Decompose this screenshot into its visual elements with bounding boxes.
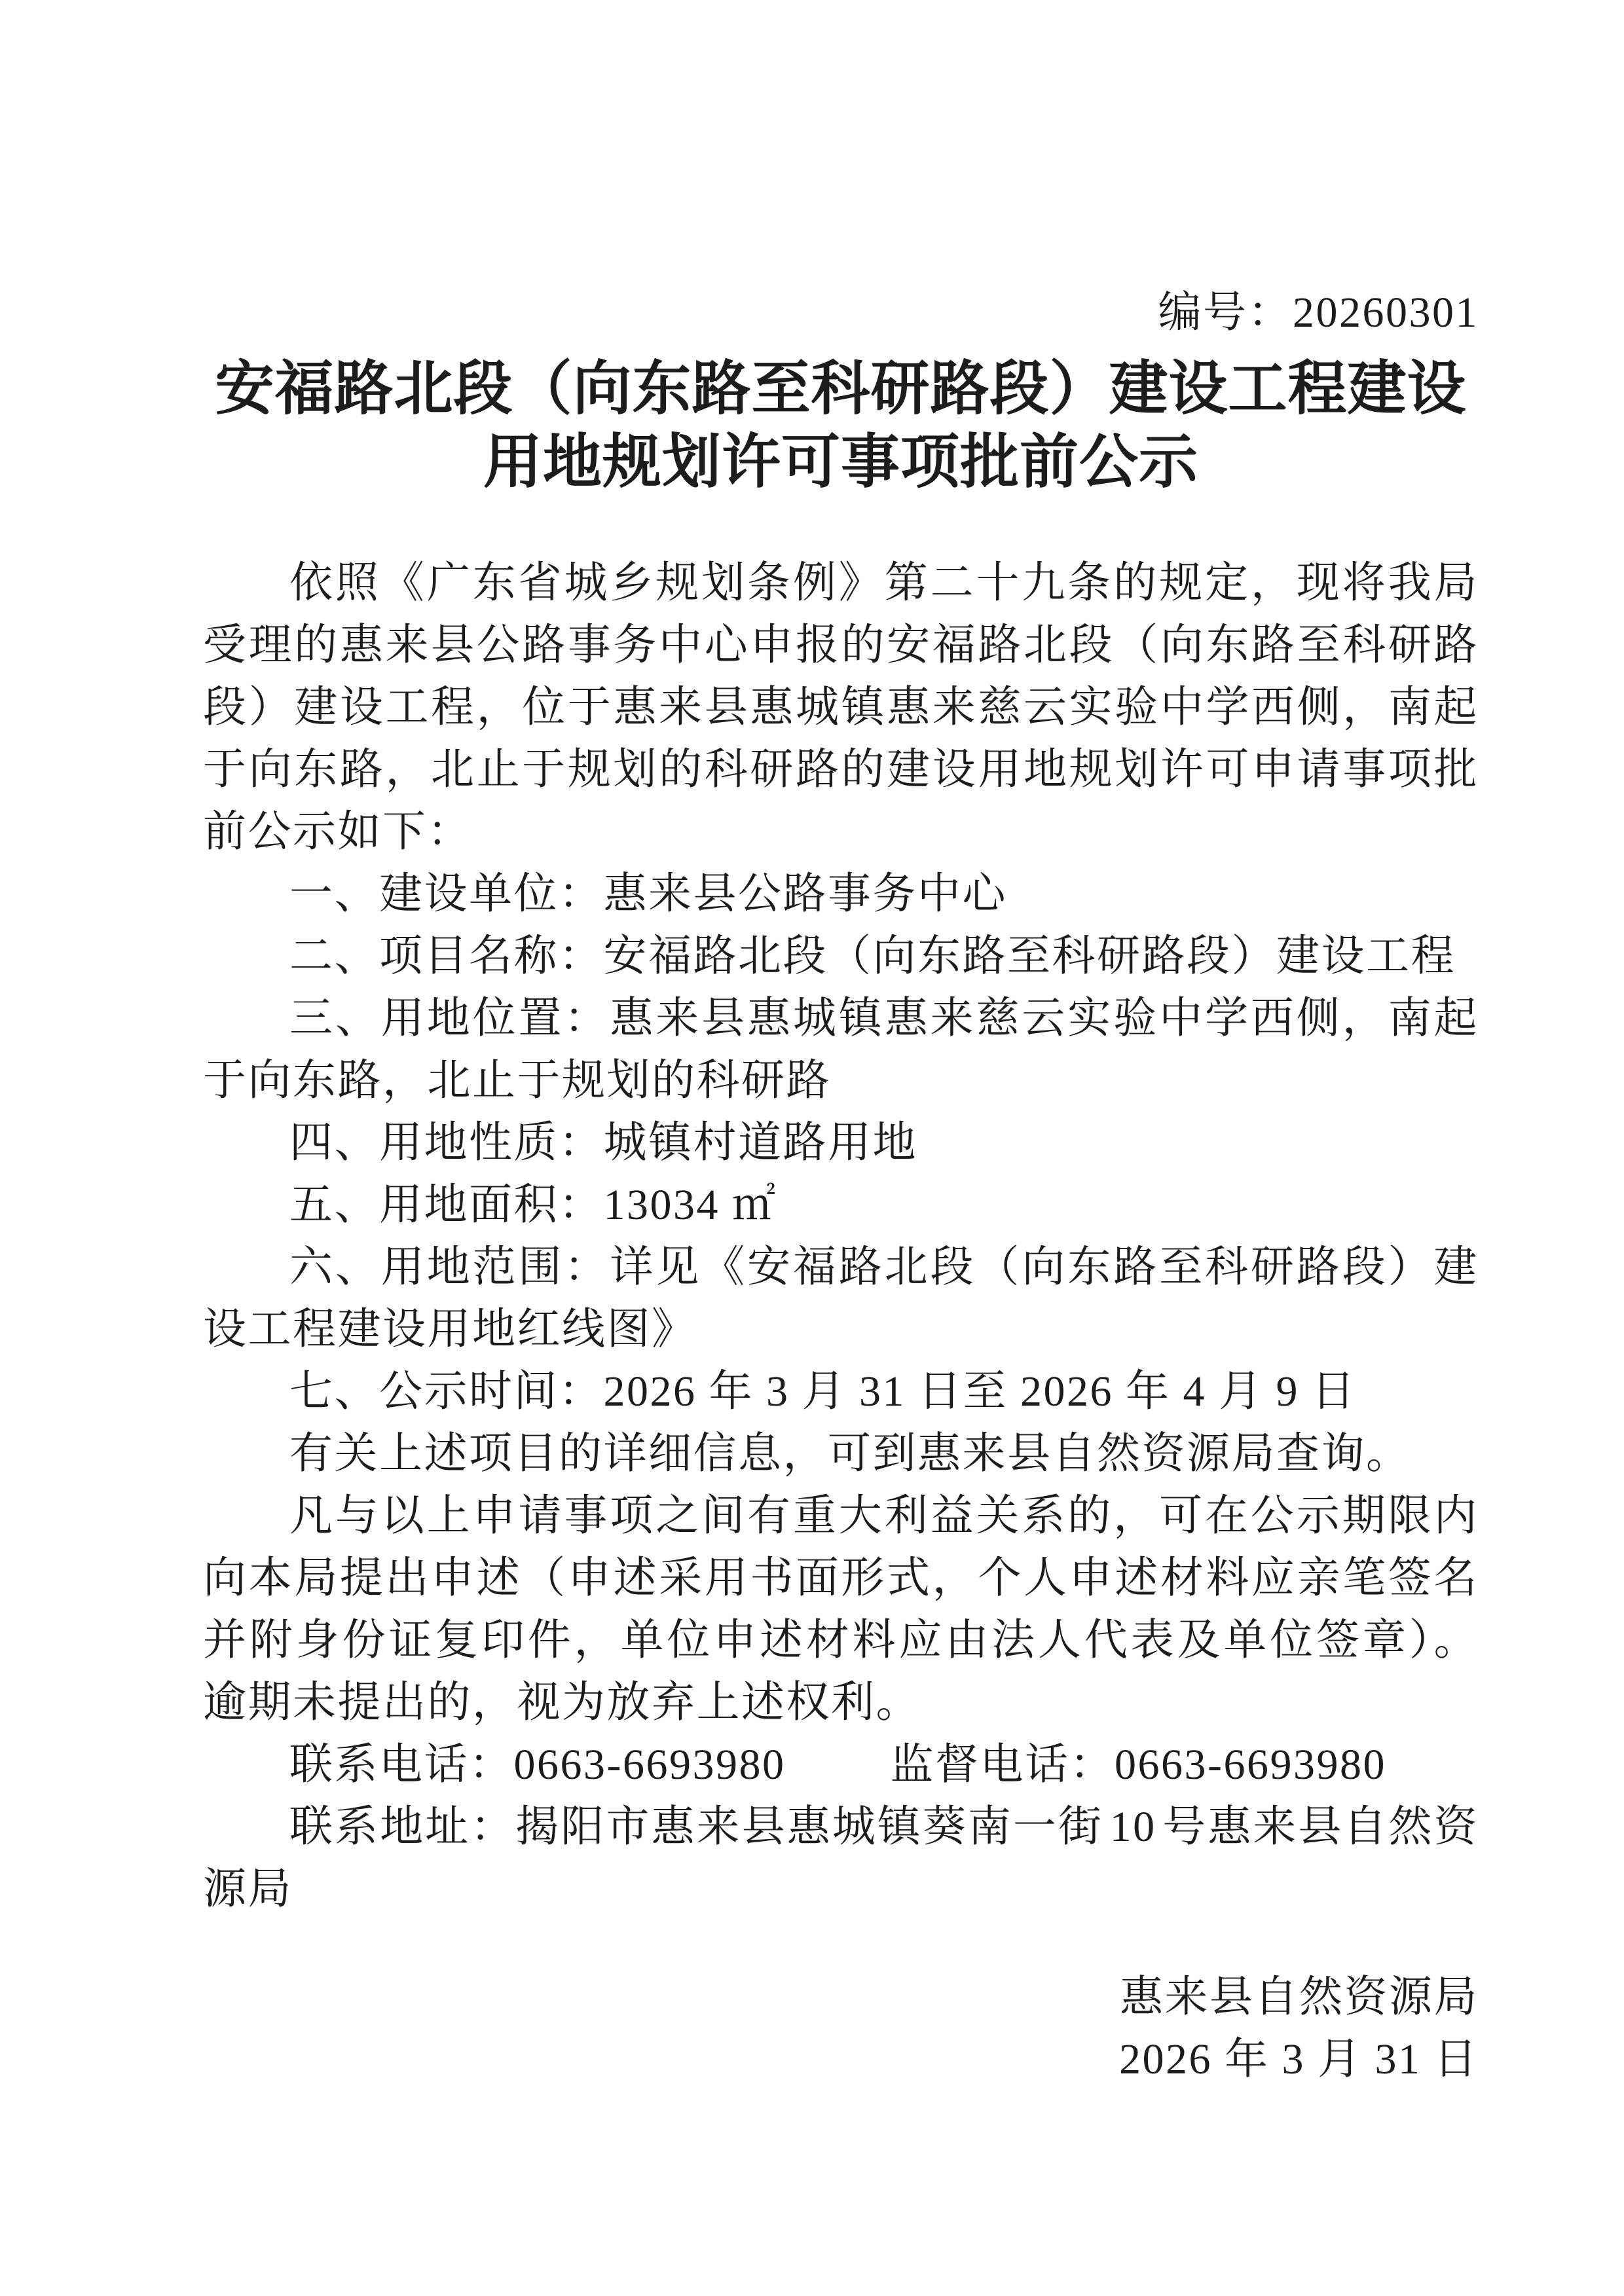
contact-phone-value: 0663-6693980 xyxy=(514,1741,786,1789)
objection-note: 凡与以上申请事项之间有重大利益关系的，可在公示期限内向本局提出申述（申述采用书面… xyxy=(203,1485,1479,1734)
intro-paragraph: 依照《广东省城乡规划条例》第二十九条的规定，现将我局受理的惠来县公路事务中心申报… xyxy=(203,552,1479,863)
item-land-use-nature-label: 四、用地性质： xyxy=(289,1119,604,1167)
doc-number: 编号：20260301 xyxy=(203,282,1479,344)
item-land-location: 三、用地位置：惠来县惠城镇惠来慈云实验中学西侧，南起于向东路，北止于规划的科研路 xyxy=(203,987,1479,1112)
item-publicity-period-label: 七、公示时间： xyxy=(289,1368,604,1415)
phone-line: 联系电话：0663-6693980监督电话：0663-6693980 xyxy=(203,1734,1479,1796)
item-construction-unit: 一、建设单位：惠来县公路事务中心 xyxy=(203,863,1479,925)
item-project-name-label: 二、项目名称： xyxy=(289,932,604,980)
item-publicity-period-value: 2026 年 3 月 31 日至 2026 年 4 月 9 日 xyxy=(604,1368,1357,1415)
item-land-location-label: 三、用地位置： xyxy=(289,994,610,1042)
address-label: 联系地址： xyxy=(289,1803,515,1851)
item-land-area-value: 13034 ㎡ xyxy=(604,1181,777,1229)
signature-date: 2026 年 3 月 31 日 xyxy=(203,2028,1479,2090)
item-construction-unit-label: 一、建设单位： xyxy=(289,870,604,918)
notice-title-line-1: 安福路北段（向东路至科研路段）建设工程建设 xyxy=(203,353,1479,426)
notice-title-line-2: 用地规划许可事项批前公示 xyxy=(203,426,1479,500)
notice-body: 依照《广东省城乡规划条例》第二十九条的规定，现将我局受理的惠来县公路事务中心申报… xyxy=(203,552,1479,1920)
signature-block: 惠来县自然资源局 2026 年 3 月 31 日 xyxy=(203,1966,1479,2090)
address-line: 联系地址：揭阳市惠来县惠城镇葵南一街 10 号惠来县自然资源局 xyxy=(203,1796,1479,1920)
supervision-phone-value: 0663-6693980 xyxy=(1115,1741,1386,1789)
item-land-use-nature-value: 城镇村道路用地 xyxy=(604,1119,918,1167)
notice-title: 安福路北段（向东路至科研路段）建设工程建设 用地规划许可事项批前公示 xyxy=(203,353,1479,500)
item-construction-unit-value: 惠来县公路事务中心 xyxy=(604,870,1008,918)
phone-gap-spacer xyxy=(785,1778,890,1779)
item-land-scope: 六、用地范围：详见《安福路北段（向东路至科研路段）建设工程建设用地红线图》 xyxy=(203,1236,1479,1360)
item-land-area-label: 五、用地面积： xyxy=(289,1181,604,1229)
item-publicity-period: 七、公示时间：2026 年 3 月 31 日至 2026 年 4 月 9 日 xyxy=(203,1360,1479,1423)
item-project-name: 二、项目名称：安福路北段（向东路至科研路段）建设工程 xyxy=(203,925,1479,987)
info-note: 有关上述项目的详细信息，可到惠来县自然资源局查询。 xyxy=(203,1423,1479,1485)
contact-phone-label: 联系电话： xyxy=(289,1741,514,1789)
item-project-name-value: 安福路北段（向东路至科研路段）建设工程 xyxy=(604,932,1456,980)
supervision-phone-label: 监督电话： xyxy=(890,1741,1115,1789)
item-land-scope-label: 六、用地范围： xyxy=(289,1243,610,1291)
item-land-area: 五、用地面积：13034 ㎡ xyxy=(203,1174,1479,1236)
signature-org: 惠来县自然资源局 xyxy=(203,1966,1479,2028)
item-land-use-nature: 四、用地性质：城镇村道路用地 xyxy=(203,1112,1479,1174)
notice-document-page: 编号：20260301 安福路北段（向东路至科研路段）建设工程建设 用地规划许可… xyxy=(0,0,1624,2296)
